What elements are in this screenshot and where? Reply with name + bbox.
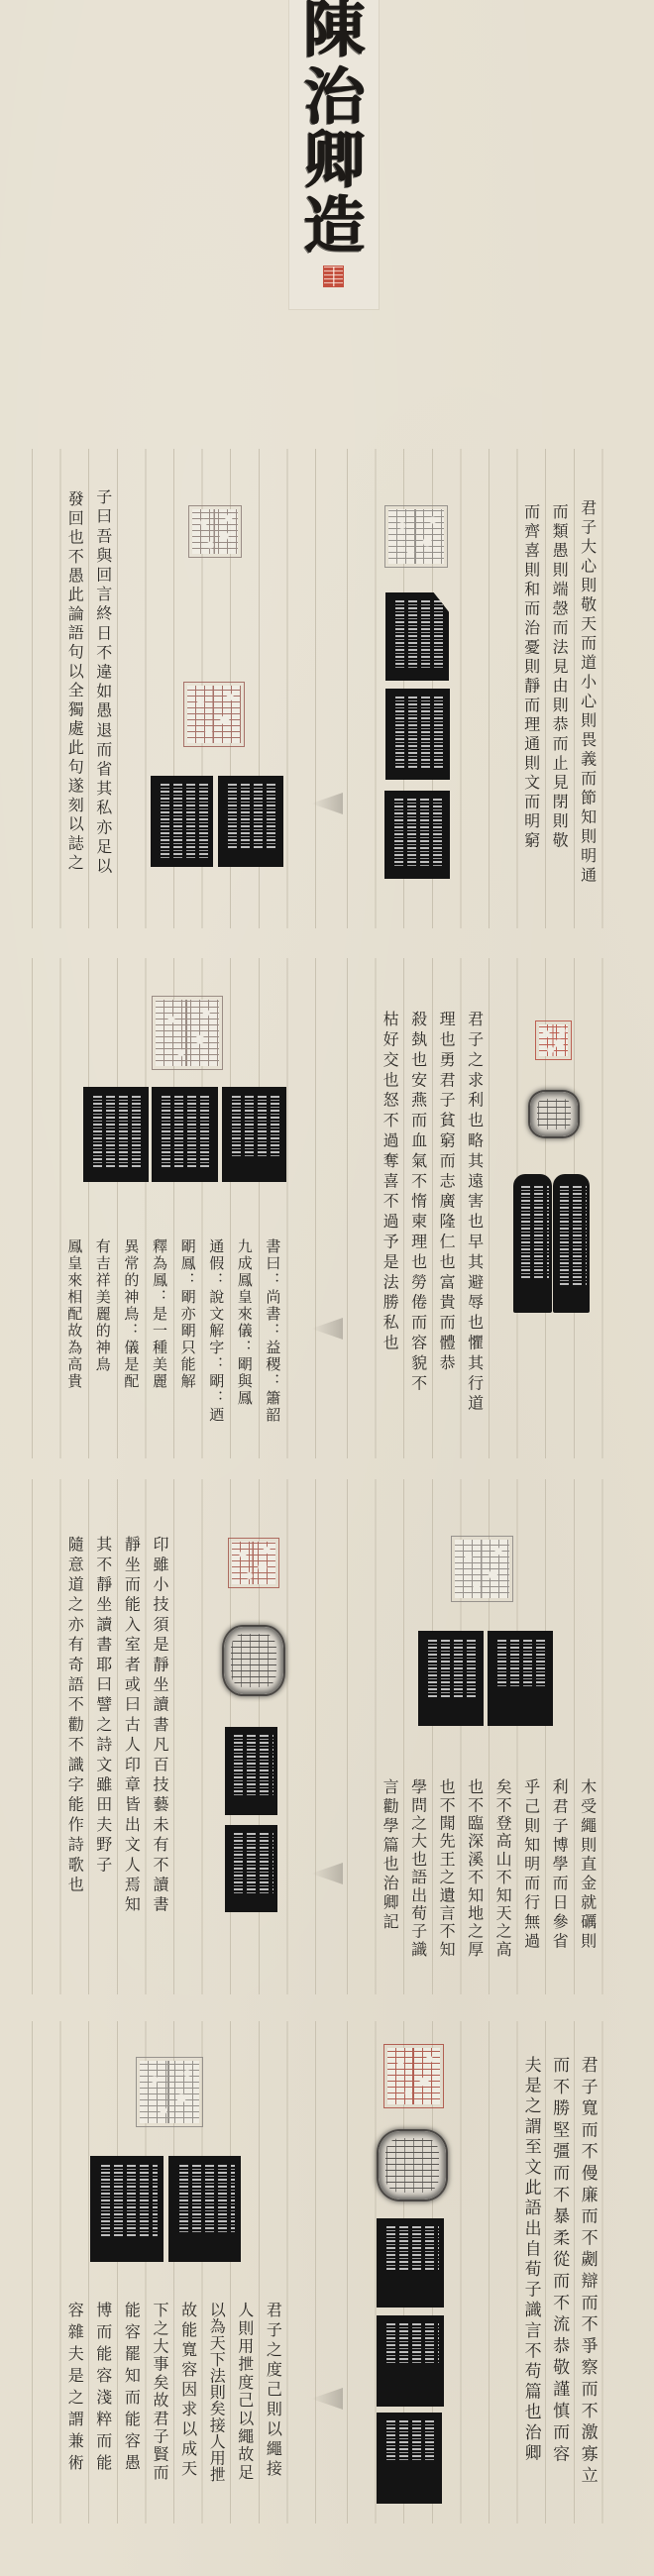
text-column: 書曰：尚書：益稷：簫韶 [259, 1238, 287, 1424]
side-inscription-rubbing [218, 776, 283, 867]
text-column: 君子之求利也略其遠害也早其避辱也懼其行道 [460, 1011, 489, 1415]
text-column: 而齊喜則和而治憂則靜而理通則文而明窮 [516, 503, 545, 851]
text-column: 有吉祥美麗的神鳥 [88, 1238, 117, 1373]
text-column: 其不靜坐讀書耶曰譬之詩文雖田夫野子 [88, 1536, 117, 1876]
side-inscription-rubbing [513, 1174, 552, 1313]
rubbed-seal-face [530, 1092, 578, 1136]
text-column: 通假：說文解字：朙：迺 [202, 1238, 231, 1424]
text-column: 而類愚則端愨而法見由則恭而止見閉則敬 [545, 503, 574, 851]
side-inscription-rubbing [225, 1727, 277, 1815]
text-column: 印雖小技須是靜坐讀書凡百技藝未有不讀書 [145, 1536, 173, 1916]
text-column: 隨意道之亦有奇語不勸不識字能作詩歌也 [60, 1536, 89, 1896]
seal-impression [136, 2057, 203, 2127]
seal-impression [451, 1536, 513, 1602]
text-column: 乎己則知明而行無過 [516, 1778, 545, 1952]
text-column: 人則用抴度己以繩故足 [230, 2302, 259, 2482]
rubbed-seal-face [224, 1627, 283, 1694]
text-column: 子曰吾與回言終日不違如愚退而省其私亦足以 [88, 488, 117, 877]
seal-impression [535, 1020, 572, 1060]
text-column: 靜坐而能入室者或曰古人印章皆出文人焉知 [117, 1536, 146, 1916]
text-column: 枯好交也怒不過奪喜不過予是法勝私也 [376, 1011, 404, 1354]
text-column: 鳳皇來相配故為高貴 [60, 1238, 89, 1390]
text-column: 利君子博學而日參省 [545, 1778, 574, 1952]
text-column: 博而能容淺粹而能 [88, 2302, 117, 2476]
title-red-seal [323, 266, 344, 287]
text-column: 也不臨深溪不知地之厚 [460, 1778, 489, 1959]
text-column: 理也勇君子貧窮而志廣隆仁也富貴而體恭 [432, 1011, 461, 1374]
side-inscription-rubbing [377, 2315, 444, 2407]
side-inscription-rubbing [385, 689, 450, 780]
side-inscription-rubbing [377, 2413, 442, 2504]
rubbed-seal-face [379, 2131, 446, 2200]
text-column: 故能寬容因求以成天 [173, 2302, 202, 2480]
seal-impression [228, 1538, 279, 1588]
seal-impression [383, 2044, 444, 2108]
side-inscription-rubbing [90, 2156, 163, 2262]
text-column: 學問之大也語出荀子識 [403, 1778, 432, 1959]
seal-impression [183, 682, 245, 747]
text-column: 以為天下法則矣接人用抴 [202, 2302, 231, 2483]
title-char: 陳 [289, 0, 379, 63]
side-inscription-rubbing [151, 776, 213, 867]
text-column: 朙鳳：朙亦朙只能解 [173, 1238, 202, 1390]
seal-impression [152, 996, 223, 1070]
title-char: 治 [289, 63, 379, 131]
side-inscription-rubbing [384, 791, 450, 879]
text-column: 異常的神鳥：儀是配 [117, 1238, 146, 1390]
text-column: 下之大事矣故君子賢而 [145, 2302, 173, 2482]
title-strip: 陳 治 卿 造 [289, 0, 379, 309]
side-inscription-rubbing [225, 1825, 277, 1912]
text-column: 夫是之謂至文此語出自荀子識言不苟篇也治卿 [516, 2056, 545, 2464]
text-column: 矣不登高山不知天之高 [489, 1778, 517, 1959]
text-column: 能容罷知而能容愚 [117, 2302, 146, 2476]
text-column: 容雜夫是之謂兼術 [60, 2302, 89, 2476]
text-column: 言勸學篇也治卿記 [376, 1778, 404, 1932]
title-char: 造 [289, 192, 379, 260]
text-column: 木受繩則直金就礪則 [573, 1778, 601, 1952]
side-inscription-rubbing [152, 1087, 218, 1182]
side-inscription-rubbing [377, 2218, 444, 2308]
side-inscription-rubbing [385, 592, 449, 681]
text-column: 君子大心則敬天而道小心則畏義而節知則明通 [573, 499, 601, 886]
side-inscription-rubbing [222, 1087, 286, 1182]
text-column: 殺埶也安燕而血氣不惰柬理也勞倦而容貌不 [403, 1011, 432, 1395]
text-column: 君子寬而不僈廉而不劌辯而不爭察而不激寡立 [573, 2056, 601, 2488]
side-inscription-rubbing [168, 2156, 241, 2262]
seal-impression [384, 505, 448, 568]
text-column: 九成鳳皇來儀：朙與鳳 [230, 1238, 259, 1407]
text-column: 發回也不愚此論語句以全獨處此句遂刻以誌之 [60, 490, 89, 873]
seal-impression [188, 505, 242, 558]
side-inscription-rubbing [488, 1631, 553, 1726]
text-column: 而不勝堅彊而不暴柔從而不流恭敬謹慎而容 [545, 2056, 574, 2466]
text-column: 釋為鳳：是一種美麗 [145, 1238, 173, 1390]
text-column: 也不聞先王之遺言不知 [432, 1778, 461, 1959]
text-column: 君子之度己則以繩接 [259, 2302, 287, 2480]
side-inscription-rubbing [553, 1174, 590, 1313]
side-inscription-rubbing [83, 1087, 149, 1182]
title-char: 卿 [289, 127, 379, 194]
side-inscription-rubbing [418, 1631, 484, 1726]
